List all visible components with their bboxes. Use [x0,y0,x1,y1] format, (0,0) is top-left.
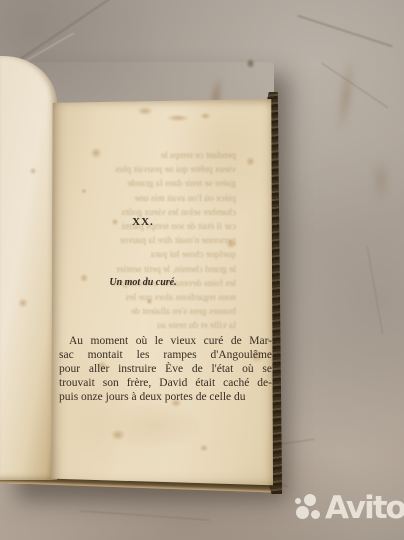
ink-showthrough-text: pendant ce temps le vieux prêtre qui ne … [64,149,236,335]
foxing-spot [244,155,257,168]
marble-stain [329,44,363,146]
paragraph-line: puis onze jours à deux portes de celle d… [59,391,272,405]
chapter-number: XX. [50,215,236,229]
chapter-title: Un mot du curé. [50,277,236,288]
marketplace-photo: pendant ce temps le vieux prêtre qui ne … [0,0,404,540]
foxing-spot [145,297,154,306]
avito-watermark: Avito [292,492,404,524]
paragraph-line: Au moment où le vieux curé de Mar- [59,335,272,349]
foxing-spot [198,111,213,121]
foxing-spot [224,237,238,251]
right-page: pendant ce temps le vieux prêtre qui ne … [50,99,273,488]
foxing-spot [80,187,88,195]
paragraph-line: trouvait son frère, David était caché de… [59,377,272,391]
avito-logo-icon [292,492,323,524]
avito-logo-dot [295,498,301,504]
foxing-spot [28,166,38,176]
left-page-curled [0,56,57,480]
marble-vein [367,246,384,335]
marble-vein [297,15,393,48]
paragraph-line: sac montait les rampes d'Angoulême [59,349,272,363]
foxing-spot [16,296,30,310]
foxing-spot [88,145,104,161]
foxing-spot [134,105,156,117]
marble-vein [80,510,210,520]
avito-logo-dot [311,510,320,519]
marble-vein [18,0,119,61]
avito-logo-dot [304,494,316,506]
avito-logo-dot [296,506,309,519]
foxing-spot [162,113,194,123]
marble-stain [368,150,394,210]
body-paragraph: Au moment où le vieux curé de Mar- sac m… [59,335,272,405]
paragraph-line: pour aller instruire Ève de l'état où se [59,363,272,377]
avito-watermark-label: Avito [325,493,404,524]
